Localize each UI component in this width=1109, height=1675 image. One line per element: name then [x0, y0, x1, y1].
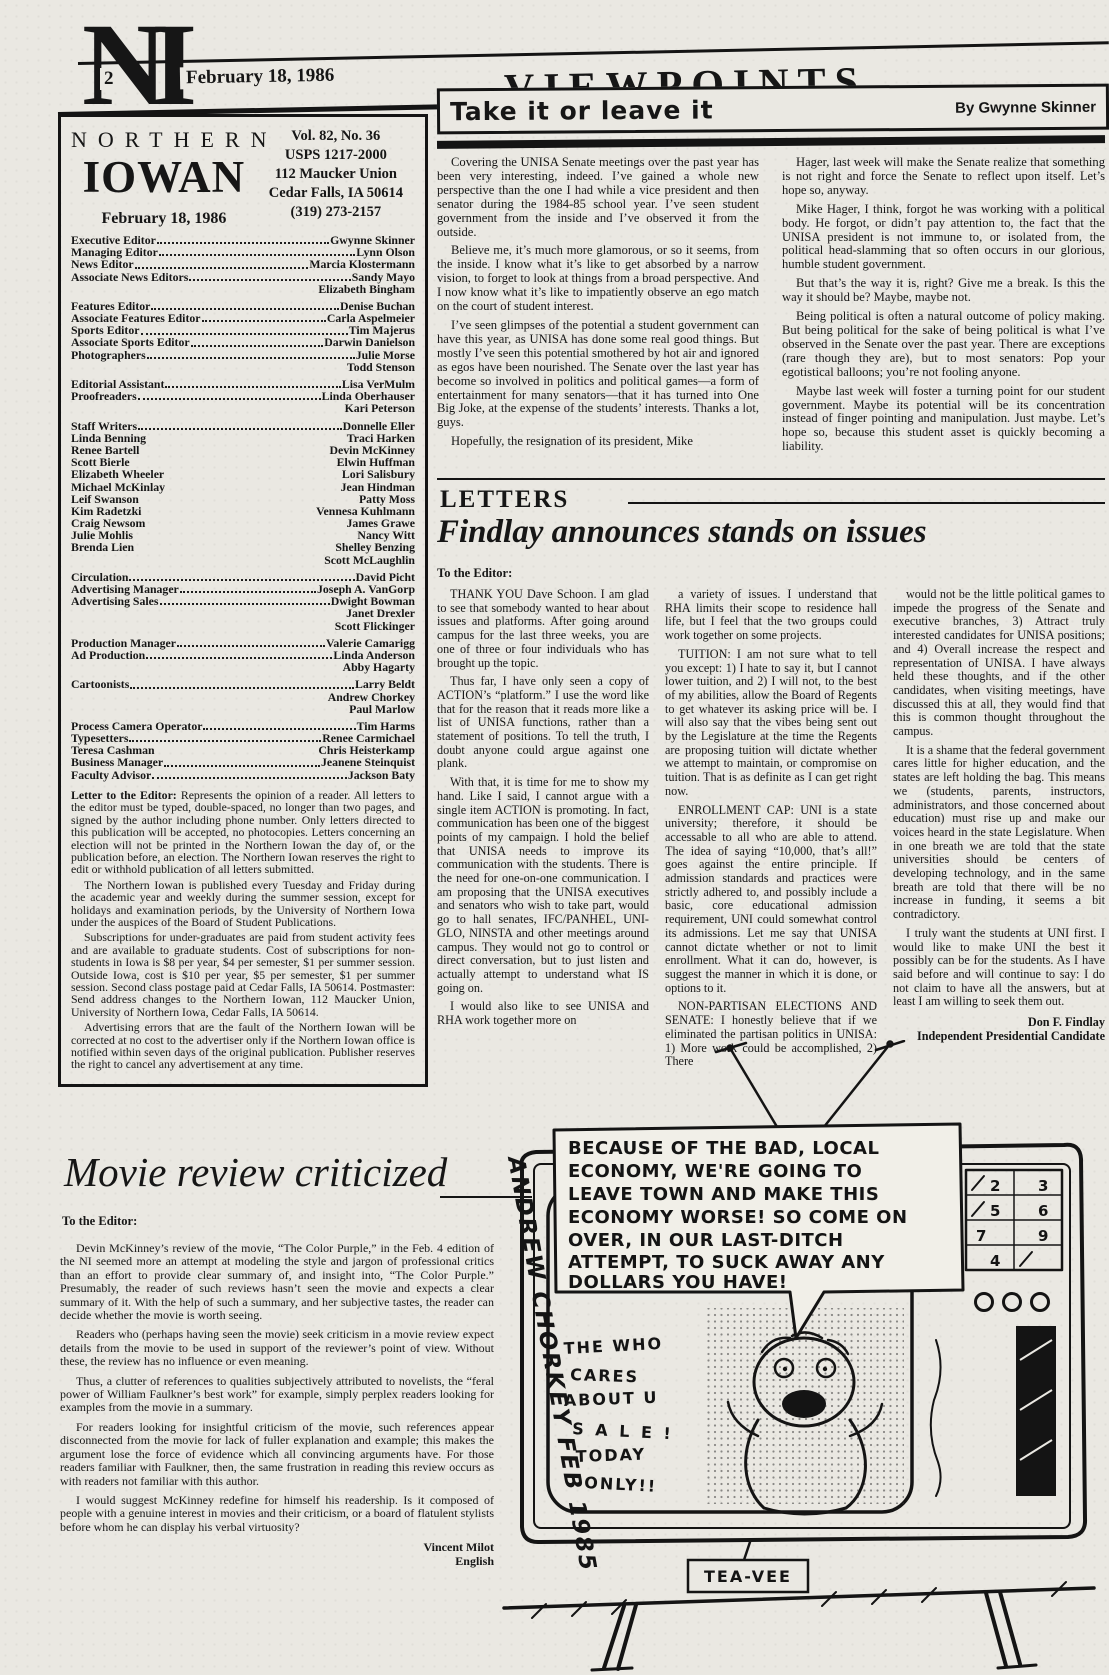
usps-line: USPS 1217-2000: [257, 146, 415, 165]
paragraph: would not be the little political games …: [893, 588, 1105, 739]
keypad-digit: 9: [1038, 1227, 1048, 1245]
paragraph: THANK YOU Dave Schoon. I am glad to see …: [437, 588, 649, 670]
paragraph: Believe me, it’s much more glamorous, or…: [437, 244, 759, 314]
tv-knob: [1004, 1294, 1021, 1311]
dot-leader: [177, 645, 325, 647]
advertising-policy: Advertising errors that are the fault of…: [71, 1021, 415, 1071]
speaker-grille: [1016, 1326, 1056, 1496]
paragraph: I would also like to see UNISA and RHA w…: [437, 1000, 649, 1027]
staff-row: CartoonistsLarry Beldt: [71, 678, 415, 690]
dot-leader: [147, 357, 355, 359]
paragraph: But that’s the way it is, right? Give me…: [782, 277, 1105, 305]
dot-leader: [146, 657, 332, 659]
staff-row: Elizabeth WheelerLori Salisbury: [71, 468, 415, 480]
staff-row: Faculty AdvisorJackson Baty: [71, 769, 415, 781]
staff-row: News EditorMarcia Klostermann: [71, 258, 415, 270]
dot-leader: [180, 591, 316, 593]
take-article-col-2: Hager, last week will make the Senate re…: [782, 156, 1105, 459]
staff-row: Abby Hagarty: [71, 661, 415, 673]
keypad-digit: 5: [990, 1202, 1000, 1220]
dot-leader: [157, 242, 329, 244]
staff-row: Michael McKinlayJean Hindman: [71, 481, 415, 493]
paragraph: Readers who (perhaps having seen the mov…: [60, 1328, 494, 1368]
dot-leader: [141, 333, 348, 335]
dot-leader: [138, 398, 321, 400]
dot-leader: [151, 308, 339, 310]
dot-leader: [130, 687, 354, 689]
panel-scribble: [931, 1340, 941, 1496]
keypad-digit: 4: [990, 1252, 1000, 1270]
keypad-digit: 3: [1038, 1177, 1048, 1195]
bubble-line: ECONOMY WORSE! SO COME ON: [568, 1207, 908, 1228]
dot-leader: [129, 579, 354, 581]
screen-line: TODAY: [575, 1445, 646, 1466]
staff-row: Associate News EditorsSandy Mayo: [71, 271, 415, 283]
speech-bubble-text: BECAUSE OF THE BAD, LOCAL ECONOMY, WE'RE…: [568, 1138, 908, 1293]
dot-leader: [152, 777, 347, 779]
letters-rule: [628, 502, 1105, 504]
paragraph: TUITION: I am not sure what to tell you …: [665, 648, 877, 799]
paragraph: Mike Hager, I think, forgot he was worki…: [782, 203, 1105, 273]
staff-row: Staff WritersDonnelle Eller: [71, 420, 415, 432]
paragraph: Covering the UNISA Senate meetings over …: [437, 156, 759, 239]
movie-letter-headline: Movie review criticized: [64, 1148, 447, 1196]
keypad-digit: 6: [1038, 1202, 1048, 1220]
dot-leader: [165, 386, 340, 388]
staff-list: Executive EditorGwynne Skinner Managing …: [71, 234, 415, 781]
movie-salutation: To the Editor:: [62, 1214, 137, 1229]
page-number: 2: [100, 68, 118, 90]
paragraph: Hager, last week will make the Senate re…: [782, 156, 1105, 198]
paragraph: Being political is often a natural outco…: [782, 310, 1105, 380]
tv-knob: [1032, 1294, 1049, 1311]
signature-name: Don F. Findlay: [893, 1015, 1105, 1029]
column-header-box: Take it or leave it By Gwynne Skinner: [437, 84, 1109, 135]
newspaper-page: NI 2 February 18, 1986 VIEWPOINTS NORTHE…: [0, 0, 1109, 1675]
bubble-line: OVER, IN OUR LAST-DITCH: [568, 1230, 844, 1251]
dot-leader: [138, 428, 342, 430]
dot-leader: [203, 728, 355, 730]
masthead-box: NORTHERN IOWAN February 18, 1986 Vol. 82…: [58, 114, 428, 1087]
dot-leader: [129, 740, 321, 742]
dot-leader: [160, 603, 330, 605]
staff-row: Andrew Chorkey: [71, 691, 415, 703]
header-rule-top: [78, 41, 1109, 65]
phone-line: (319) 273-2157: [257, 203, 415, 222]
paragraph: Devin McKinney’s review of the movie, “T…: [60, 1242, 494, 1322]
masthead-date: February 18, 1986: [71, 210, 257, 228]
bubble-line: ECONOMY, WE'RE GOING TO: [568, 1161, 862, 1182]
signature-title: English: [60, 1554, 494, 1568]
paragraph: Thus far, I have only seen a copy of ACT…: [437, 675, 649, 771]
movie-letter-body: Devin McKinney’s review of the movie, “T…: [60, 1242, 494, 1568]
letter-signature: Don F. Findlay Independent Presidential …: [893, 1015, 1105, 1043]
movie-signature: Vincent Milot English: [60, 1540, 494, 1568]
findlay-letter-col-1: THANK YOU Dave Schoon. I am glad to see …: [437, 588, 649, 1033]
issue-date: February 18, 1986: [180, 65, 341, 90]
paragraph: Maybe last week will foster a turning po…: [782, 385, 1105, 455]
paper-name-top: NORTHERN: [71, 127, 257, 153]
tv-label: TEA-VEE: [704, 1567, 792, 1586]
paper-name-main: IOWAN: [71, 155, 257, 200]
header-slab-rule: [437, 135, 1105, 149]
section-divider-rule: [437, 478, 1105, 480]
screen-line: ABOUT U: [563, 1388, 658, 1410]
dot-leader: [202, 320, 326, 322]
address-line-2: Cedar Falls, IA 50614: [257, 184, 415, 203]
staff-row: Janet Drexler: [71, 607, 415, 619]
findlay-letter-col-2: a variety of issues. I understand that R…: [665, 588, 877, 1074]
keypad-digit: 7: [976, 1227, 986, 1245]
bubble-line: DOLLARS YOU HAVE!: [568, 1272, 788, 1293]
screen-line: THE WHO: [563, 1334, 663, 1358]
letters-policy: Letter to the Editor: Represents the opi…: [71, 789, 415, 876]
subscription-info: Subscriptions for under-graduates are pa…: [71, 931, 415, 1018]
letter-salutation: To the Editor:: [437, 566, 512, 581]
dot-leader: [191, 345, 324, 347]
staff-row: Associate Sports EditorDarwin Danielson: [71, 337, 415, 349]
staff-row: Business ManagerJeanene Steinquist: [71, 757, 415, 769]
staff-row: Brenda LienShelley Benzing: [71, 542, 415, 554]
publication-info: Vol. 82, No. 36 USPS 1217-2000 112 Mauck…: [257, 125, 415, 228]
keypad-digit: 2: [990, 1177, 1000, 1195]
paragraph: I’ve seen glimpses of the potential a st…: [437, 319, 759, 430]
ni-logo: NI: [82, 6, 181, 124]
dot-leader: [164, 765, 320, 767]
letter-headline: Findlay announces stands on issues: [437, 514, 927, 551]
take-article-col-1: Covering the UNISA Senate meetings over …: [437, 156, 759, 454]
label-connector: [744, 1542, 750, 1560]
dot-leader: [135, 267, 309, 269]
publication-schedule: The Northern Iowan is published every Tu…: [71, 879, 415, 929]
volume-line: Vol. 82, No. 36: [257, 127, 415, 146]
bubble-line: BECAUSE OF THE BAD, LOCAL: [568, 1138, 879, 1159]
table-icon: [504, 1582, 1094, 1670]
paragraph: Hopefully, the resignation of its presid…: [437, 435, 759, 449]
staff-row: Scott McLaughlin: [71, 554, 415, 566]
tv-knob: [976, 1294, 993, 1311]
paragraph: Thus, a clutter of references to qualiti…: [60, 1375, 494, 1415]
paragraph: It is a shame that the federal governmen…: [893, 744, 1105, 922]
paragraph: a variety of issues. I understand that R…: [665, 588, 877, 643]
paragraph: For readers looking for insightful criti…: [60, 1421, 494, 1488]
column-title: Take it or leave it: [450, 95, 714, 126]
findlay-letter-col-3: would not be the little political games …: [893, 588, 1105, 1043]
staff-row: Paul Marlow: [71, 703, 415, 715]
paragraph: I would suggest McKinney redefine for hi…: [60, 1494, 494, 1534]
masthead-policies: Letter to the Editor: Represents the opi…: [71, 789, 415, 1071]
bubble-line: ATTEMPT, TO SUCK AWAY ANY: [568, 1252, 885, 1273]
staff-row: Kari Peterson: [71, 402, 415, 414]
screen-line: S A L E !: [572, 1419, 674, 1443]
letters-label: LETTERS: [440, 486, 569, 514]
paragraph: I truly want the students at UNI first. …: [893, 927, 1105, 1009]
dot-leader: [189, 279, 350, 281]
staff-row: Scott Flickinger: [71, 620, 415, 632]
screen-line: CARES: [570, 1365, 640, 1386]
dot-leader: [159, 254, 355, 256]
screen-line: ONLY!!: [584, 1473, 658, 1496]
address-line-1: 112 Maucker Union: [257, 165, 415, 184]
signature-name: Vincent Milot: [60, 1540, 494, 1554]
editorial-cartoon: ANDREW CHORKEY FEB 1985: [492, 1040, 1108, 1675]
paragraph: With that, it is time for me to show my …: [437, 776, 649, 995]
staff-row: Todd Stenson: [71, 361, 415, 373]
staff-row: Elizabeth Bingham: [71, 283, 415, 295]
column-byline: By Gwynne Skinner: [955, 98, 1096, 116]
bubble-line: LEAVE TOWN AND MAKE THIS: [568, 1184, 879, 1205]
masthead-header: NORTHERN IOWAN February 18, 1986 Vol. 82…: [71, 125, 415, 228]
paragraph: ENROLLMENT CAP: UNI is a state universit…: [665, 804, 877, 996]
